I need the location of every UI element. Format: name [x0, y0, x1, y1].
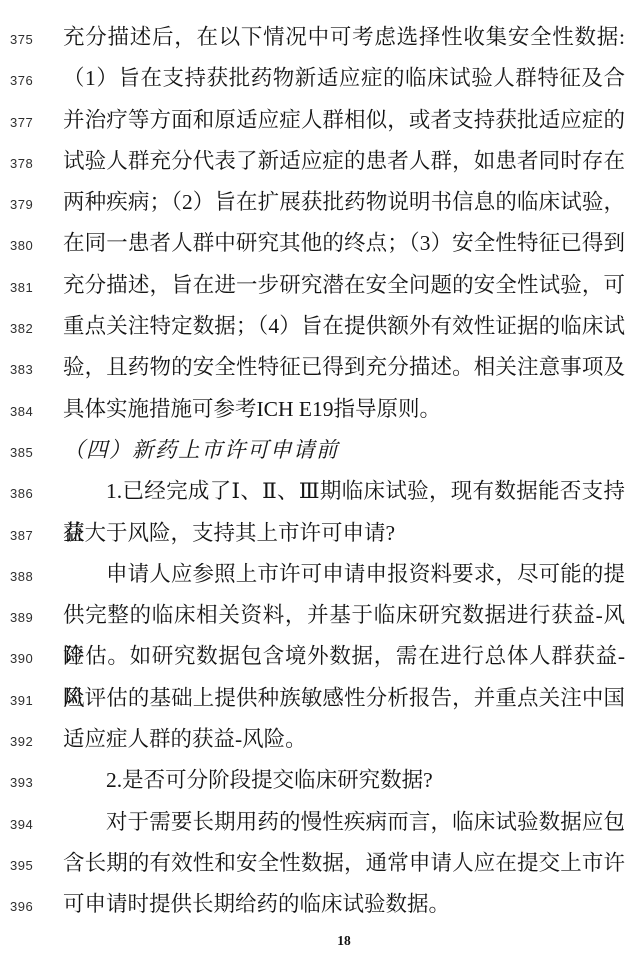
- document-line: 385 （四）新药上市许可申请前: [0, 430, 638, 471]
- document-line: 395 含长期的有效性和安全性数据，通常申请人应在提交上市许: [0, 843, 638, 884]
- document-line: 378 试验人群充分代表了新适应症的患者人群，如患者同时存在: [0, 141, 638, 182]
- document-line: 381 充分描述，旨在进一步研究潜在安全问题的安全性试验，可: [0, 265, 638, 306]
- line-text: （四）新药上市许可申请前: [63, 430, 625, 471]
- document-page: 375 充分描述后，在以下情况中可考虑选择性收集安全性数据: 376 （1）旨在…: [0, 0, 638, 972]
- line-number: 382: [10, 321, 36, 336]
- line-number: 376: [10, 73, 36, 88]
- line-number: 375: [10, 32, 36, 47]
- document-line: 382 重点关注特定数据；（4）旨在提供额外有效性证据的临床试: [0, 306, 638, 347]
- document-line: 392 适应症人群的获益-风险。: [0, 719, 638, 760]
- line-text: （1）旨在支持获批药物新适应症的临床试验人群特征及合: [63, 58, 625, 99]
- line-number: 380: [10, 238, 36, 253]
- line-text: 益大于风险，支持其上市许可申请?: [63, 513, 625, 554]
- document-line: 390 评估。如研究数据包含境外数据，需在进行总体人群获益-风: [0, 636, 638, 677]
- line-number: 384: [10, 404, 36, 419]
- document-line: 377 并治疗等方面和原适应症人群相似，或者支持获批适应症的: [0, 100, 638, 141]
- document-line: 386 1.已经完成了Ⅰ、Ⅱ、Ⅲ期临床试验，现有数据能否支持获: [0, 471, 638, 512]
- line-text: 险评估的基础上提供种族敏感性分析报告，并重点关注中国: [63, 678, 625, 719]
- document-line: 389 供完整的临床相关资料，并基于临床研究数据进行获益-风险: [0, 595, 638, 636]
- document-line: 383 验，且药物的安全性特征已得到充分描述。相关注意事项及: [0, 347, 638, 388]
- line-text: 并治疗等方面和原适应症人群相似，或者支持获批适应症的: [63, 100, 625, 141]
- document-line: 376 （1）旨在支持获批药物新适应症的临床试验人群特征及合: [0, 58, 638, 99]
- line-number: 396: [10, 899, 36, 914]
- document-line: 387 益大于风险，支持其上市许可申请?: [0, 513, 638, 554]
- document-line: 379 两种疾病；（2）旨在扩展获批药物说明书信息的临床试验，: [0, 182, 638, 223]
- line-number: 390: [10, 651, 36, 666]
- line-number: 379: [10, 197, 36, 212]
- line-number: 392: [10, 734, 36, 749]
- line-text: 验，且药物的安全性特征已得到充分描述。相关注意事项及: [63, 347, 625, 388]
- line-number: 378: [10, 156, 36, 171]
- document-line: 391 险评估的基础上提供种族敏感性分析报告，并重点关注中国: [0, 678, 638, 719]
- document-line: 393 2.是否可分阶段提交临床研究数据?: [0, 760, 638, 801]
- line-text: 2.是否可分阶段提交临床研究数据?: [63, 760, 625, 801]
- document-line: 380 在同一患者人群中研究其他的终点；（3）安全性特征已得到: [0, 223, 638, 264]
- document-line: 388 申请人应参照上市许可申请申报资料要求，尽可能的提: [0, 554, 638, 595]
- document-line: 375 充分描述后，在以下情况中可考虑选择性收集安全性数据:: [0, 17, 638, 58]
- line-text: 试验人群充分代表了新适应症的患者人群，如患者同时存在: [63, 141, 625, 182]
- line-text: 在同一患者人群中研究其他的终点；（3）安全性特征已得到: [63, 223, 625, 264]
- line-text: 两种疾病；（2）旨在扩展获批药物说明书信息的临床试验，: [63, 182, 625, 223]
- line-text: 具体实施措施可参考ICH E19指导原则。: [63, 389, 625, 430]
- page-number: 18: [63, 933, 625, 949]
- line-number: 381: [10, 280, 36, 295]
- line-number: 387: [10, 528, 36, 543]
- document-line: 396 可申请时提供长期给药的临床试验数据。: [0, 884, 638, 925]
- line-text: 申请人应参照上市许可申请申报资料要求，尽可能的提: [63, 554, 625, 595]
- line-number: 394: [10, 817, 36, 832]
- line-number: 393: [10, 775, 36, 790]
- line-number: 385: [10, 445, 36, 460]
- line-number: 383: [10, 362, 36, 377]
- line-number: 391: [10, 693, 36, 708]
- line-text: 适应症人群的获益-风险。: [63, 719, 625, 760]
- line-number: 377: [10, 115, 36, 130]
- line-text: 对于需要长期用药的慢性疾病而言，临床试验数据应包: [63, 802, 625, 843]
- line-text: 充分描述后，在以下情况中可考虑选择性收集安全性数据:: [63, 17, 625, 58]
- line-number: 395: [10, 858, 36, 873]
- line-number: 388: [10, 569, 36, 584]
- line-text: 重点关注特定数据；（4）旨在提供额外有效性证据的临床试: [63, 306, 625, 347]
- document-body: 375 充分描述后，在以下情况中可考虑选择性收集安全性数据: 376 （1）旨在…: [0, 17, 638, 926]
- line-text: 含长期的有效性和安全性数据，通常申请人应在提交上市许: [63, 843, 625, 884]
- line-number: 389: [10, 610, 36, 625]
- line-text: 可申请时提供长期给药的临床试验数据。: [63, 884, 625, 925]
- line-number: 386: [10, 486, 36, 501]
- line-text: 充分描述，旨在进一步研究潜在安全问题的安全性试验，可: [63, 265, 625, 306]
- document-line: 384 具体实施措施可参考ICH E19指导原则。: [0, 389, 638, 430]
- document-line: 394 对于需要长期用药的慢性疾病而言，临床试验数据应包: [0, 802, 638, 843]
